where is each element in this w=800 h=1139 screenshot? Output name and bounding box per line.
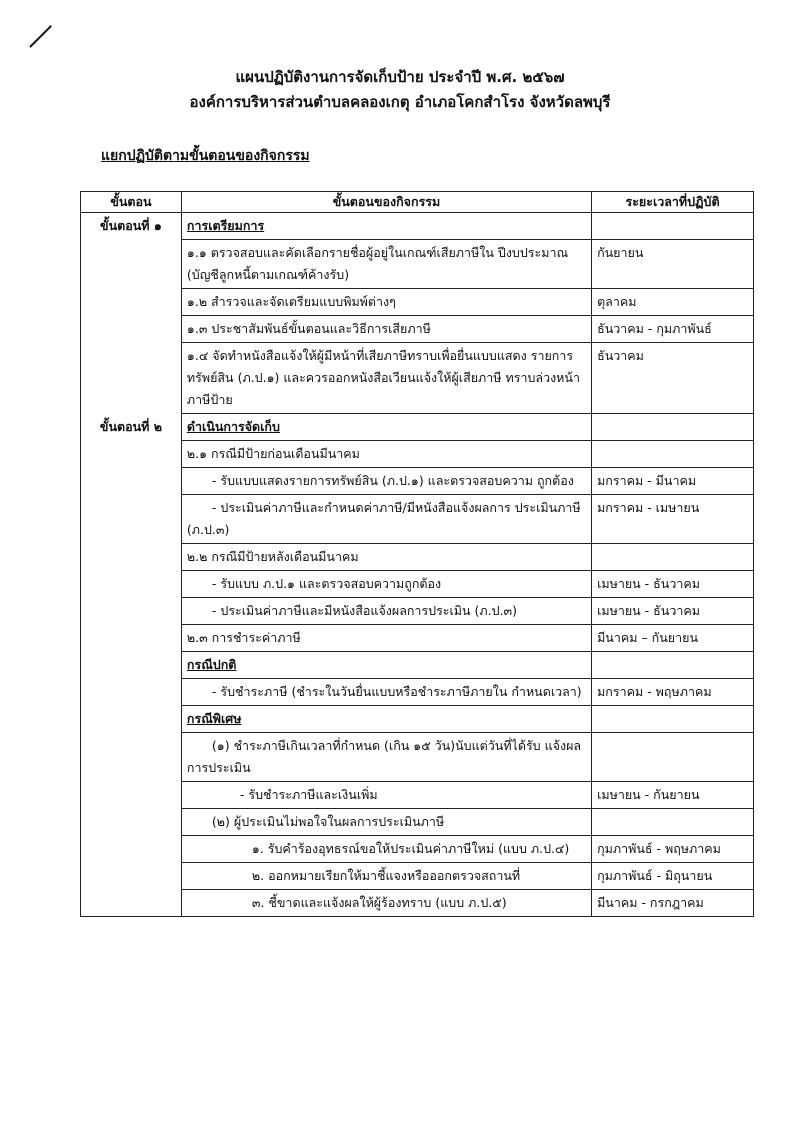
document-title: แผนปฏิบัติงานการจัดเก็บป้าย ประจำปี พ.ศ.… [0, 66, 800, 88]
table-row: - รับแบบ ภ.ป.๑ และตรวจสอบความถูกต้อง เมษ… [81, 571, 754, 598]
table-row: ๑.๒ สำรวจและจัดเตรียมแบบพิมพ์ต่างๆ ตุลาค… [81, 289, 754, 316]
stage-cell [81, 544, 182, 571]
period-cell [592, 733, 754, 782]
table-row: ๒.๓ การชำระค่าภาษี มีนาคม – กันยายน [81, 625, 754, 652]
activity-cell: - รับชำระภาษี (ชำระในวันยื่นแบบหรือชำระภ… [181, 679, 591, 706]
stage-cell [81, 782, 182, 809]
activity-cell: (๒) ผู้ประเมินไม่พอใจในผลการประเมินภาษี [181, 809, 591, 836]
period-cell [592, 652, 754, 679]
stage-cell [81, 706, 182, 733]
activity-cell: - ประเมินค่าภาษีและมีหนังสือแจ้งผลการประ… [181, 598, 591, 625]
table-row: ๒.๒ กรณีมีป้ายหลังเดือนมีนาคม [81, 544, 754, 571]
activity-cell: ๒.๓ การชำระค่าภาษี [181, 625, 591, 652]
section-title: การเตรียมการ [187, 218, 264, 233]
period-cell: มกราคม - พฤษภาคม [592, 679, 754, 706]
period-cell: ธันวาคม - กุมภาพันธ์ [592, 316, 754, 343]
case-title: กรณีพิเศษ [187, 711, 242, 726]
table-row: (๑) ชำระภาษีเกินเวลาที่กำหนด (เกิน ๑๕ วั… [81, 733, 754, 782]
activity-cell: ๑. รับคำร้องอุทธรณ์ขอให้ประเมินค่าภาษีให… [181, 836, 591, 863]
period-cell: มีนาคม - กรกฎาคม [592, 890, 754, 917]
handwritten-slash-mark [29, 25, 52, 48]
period-cell [592, 414, 754, 441]
table-header-row: ขั้นตอน ขั้นตอนของกิจกรรม ระยะเวลาที่ปฏิ… [81, 192, 754, 213]
column-header-period: ระยะเวลาที่ปฏิบัติ [592, 192, 754, 213]
stage-cell [81, 863, 182, 890]
period-cell [592, 213, 754, 240]
activity-cell: ๑.๔ จัดทำหนังสือแจ้งให้ผู้มีหน้าที่เสียภ… [181, 343, 591, 414]
stage-cell [81, 468, 182, 495]
table-row: ๑. รับคำร้องอุทธรณ์ขอให้ประเมินค่าภาษีให… [81, 836, 754, 863]
column-header-activity: ขั้นตอนของกิจกรรม [181, 192, 591, 213]
stage-cell [81, 289, 182, 316]
stage-cell [81, 598, 182, 625]
stage-cell [81, 652, 182, 679]
activity-cell: ๑.๑ ตรวจสอบและคัดเลือกรายชื่อผู้อยู่ในเก… [181, 240, 591, 289]
section-title: ดำเนินการจัดเก็บ [187, 419, 280, 434]
table-row: - รับชำระภาษีและเงินเพิ่ม เมษายน - กันยา… [81, 782, 754, 809]
activity-cell: ๒.๑ กรณีมีป้ายก่อนเดือนมีนาคม [181, 441, 591, 468]
activity-cell: ๓. ชี้ขาดและแจ้งผลให้ผู้ร้องทราบ (แบบ ภ.… [181, 890, 591, 917]
table-row: ๑.๓ ประชาสัมพันธ์ขั้นตอนและวิธีการเสียภา… [81, 316, 754, 343]
period-cell: กุมภาพันธ์ - มิถุนายน [592, 863, 754, 890]
period-cell: เมษายน - กันยายน [592, 782, 754, 809]
table-row: - รับแบบแสดงรายการทรัพย์สิน (ภ.ป.๑) และต… [81, 468, 754, 495]
activity-cell: - รับชำระภาษีและเงินเพิ่ม [181, 782, 591, 809]
table-row: กรณีพิเศษ [81, 706, 754, 733]
stage-cell [81, 733, 182, 782]
table-row: ๒.๑ กรณีมีป้ายก่อนเดือนมีนาคม [81, 441, 754, 468]
period-cell: เมษายน - ธันวาคม [592, 571, 754, 598]
period-cell: กุมภาพันธ์ - พฤษภาคม [592, 836, 754, 863]
stage-cell [81, 890, 182, 917]
stage-cell [81, 625, 182, 652]
table-row: ขั้นตอนที่ ๑ การเตรียมการ [81, 213, 754, 240]
table-row: ๒. ออกหมายเรียกให้มาชี้แจงหรือออกตรวจสถา… [81, 863, 754, 890]
activity-plan-table: ขั้นตอน ขั้นตอนของกิจกรรม ระยะเวลาที่ปฏิ… [80, 191, 754, 917]
period-cell: มกราคม - เมษายน [592, 495, 754, 544]
table-row: ๑.๑ ตรวจสอบและคัดเลือกรายชื่อผู้อยู่ในเก… [81, 240, 754, 289]
period-cell [592, 706, 754, 733]
table-row: - รับชำระภาษี (ชำระในวันยื่นแบบหรือชำระภ… [81, 679, 754, 706]
table-row: - ประเมินค่าภาษีและกำหนดค่าภาษี/มีหนังสื… [81, 495, 754, 544]
organization-subtitle: องค์การบริหารส่วนตำบลคลองเกตุ อำเภอโคกสำ… [0, 91, 800, 113]
stage-cell [81, 836, 182, 863]
activity-cell: กรณีปกติ [181, 652, 591, 679]
activity-cell: การเตรียมการ [181, 213, 591, 240]
stage-cell [81, 679, 182, 706]
period-cell: มีนาคม – กันยายน [592, 625, 754, 652]
period-cell: กันยายน [592, 240, 754, 289]
table-row: ๓. ชี้ขาดและแจ้งผลให้ผู้ร้องทราบ (แบบ ภ.… [81, 890, 754, 917]
activity-cell: ๑.๓ ประชาสัมพันธ์ขั้นตอนและวิธีการเสียภา… [181, 316, 591, 343]
stage-cell [81, 343, 182, 414]
stage-cell [81, 809, 182, 836]
activity-cell: - รับแบบแสดงรายการทรัพย์สิน (ภ.ป.๑) และต… [181, 468, 591, 495]
stage-cell [81, 441, 182, 468]
stage-cell [81, 495, 182, 544]
activity-cell: ดำเนินการจัดเก็บ [181, 414, 591, 441]
stage-cell [81, 240, 182, 289]
activity-cell: - รับแบบ ภ.ป.๑ และตรวจสอบความถูกต้อง [181, 571, 591, 598]
stage-cell [81, 316, 182, 343]
activity-cell: ๒.๒ กรณีมีป้ายหลังเดือนมีนาคม [181, 544, 591, 571]
table-row: (๒) ผู้ประเมินไม่พอใจในผลการประเมินภาษี [81, 809, 754, 836]
period-cell: มกราคม - มีนาคม [592, 468, 754, 495]
stage-cell [81, 571, 182, 598]
stage-label: ขั้นตอนที่ ๑ [81, 213, 182, 240]
period-cell: ตุลาคม [592, 289, 754, 316]
period-cell [592, 544, 754, 571]
table-row: กรณีปกติ [81, 652, 754, 679]
activity-cell: กรณีพิเศษ [181, 706, 591, 733]
activity-cell: ๒. ออกหมายเรียกให้มาชี้แจงหรือออกตรวจสถา… [181, 863, 591, 890]
activity-cell: ๑.๒ สำรวจและจัดเตรียมแบบพิมพ์ต่างๆ [181, 289, 591, 316]
table-row: ขั้นตอนที่ ๒ ดำเนินการจัดเก็บ [81, 414, 754, 441]
column-header-stage: ขั้นตอน [81, 192, 182, 213]
table-row: ๑.๔ จัดทำหนังสือแจ้งให้ผู้มีหน้าที่เสียภ… [81, 343, 754, 414]
case-title: กรณีปกติ [187, 657, 237, 672]
period-cell: เมษายน - ธันวาคม [592, 598, 754, 625]
activity-cell: (๑) ชำระภาษีเกินเวลาที่กำหนด (เกิน ๑๕ วั… [181, 733, 591, 782]
period-cell [592, 809, 754, 836]
stage-label: ขั้นตอนที่ ๒ [81, 414, 182, 441]
period-cell [592, 441, 754, 468]
section-heading: แยกปฏิบัติตามขั้นตอนของกิจกรรม [101, 145, 310, 167]
period-cell: ธันวาคม [592, 343, 754, 414]
activity-cell: - ประเมินค่าภาษีและกำหนดค่าภาษี/มีหนังสื… [181, 495, 591, 544]
table-row: - ประเมินค่าภาษีและมีหนังสือแจ้งผลการประ… [81, 598, 754, 625]
